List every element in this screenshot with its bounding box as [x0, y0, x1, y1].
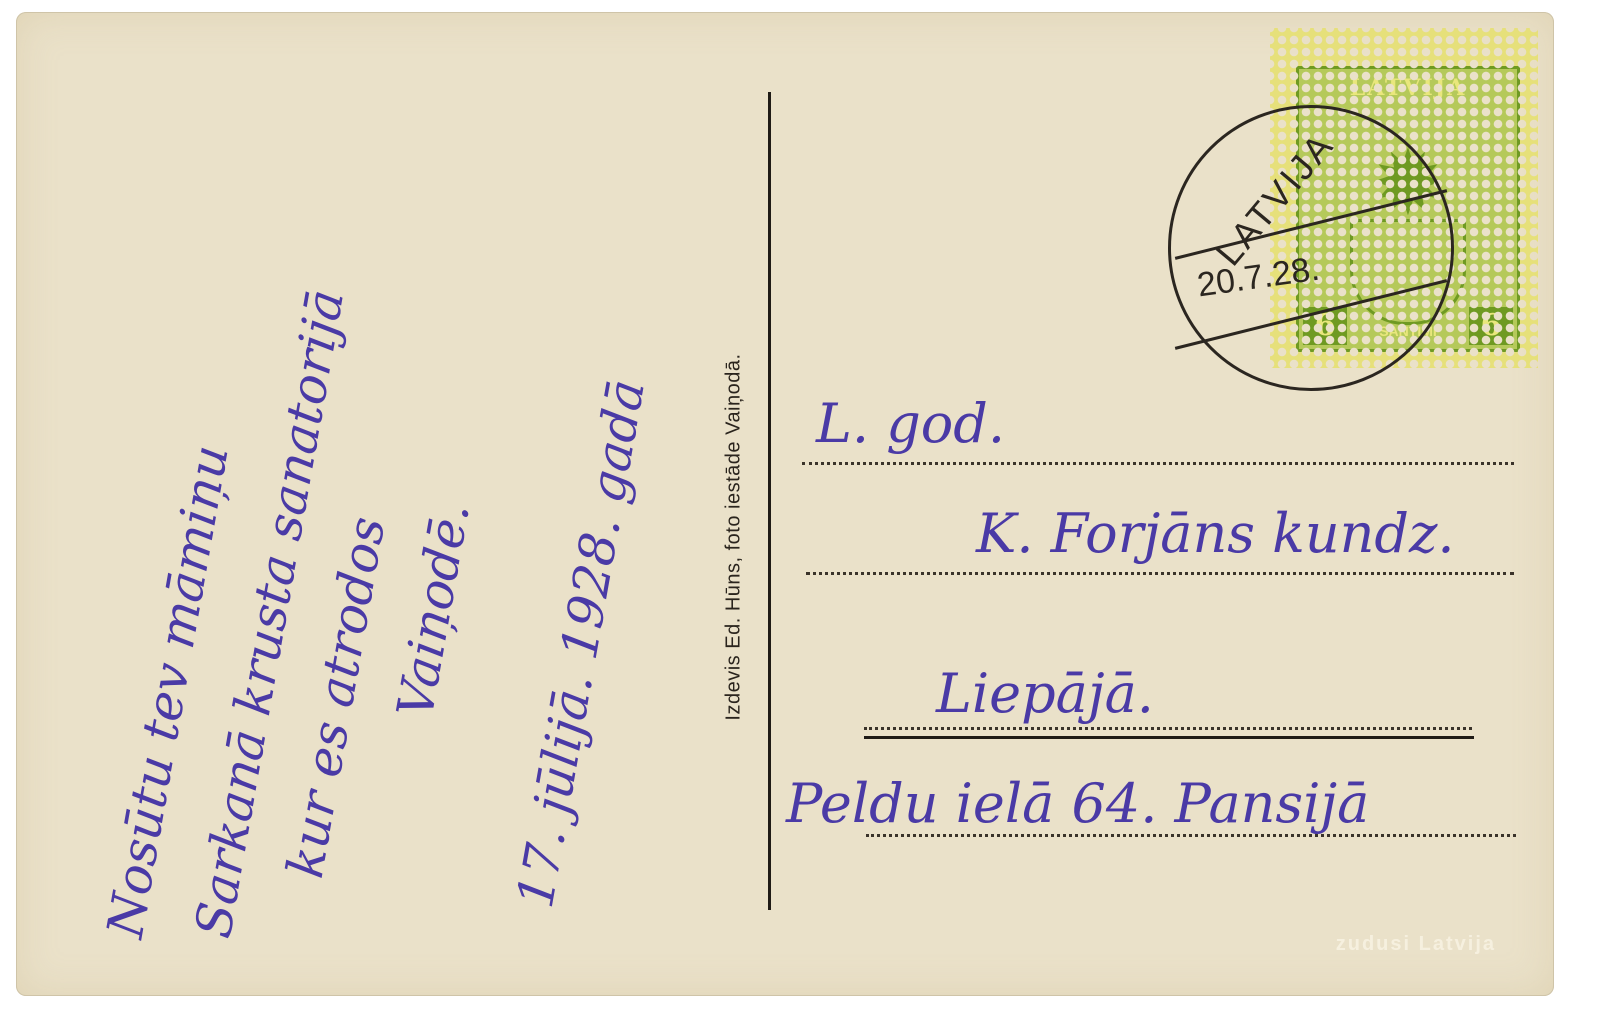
address-line-3: Liepājā.: [936, 662, 1154, 725]
address-line-1: L. god.: [816, 392, 1005, 455]
address-dotted-line-1: [802, 462, 1514, 465]
publisher-imprint: Izdevis Ed. Hūns, foto iestāde Vaiņodā.: [723, 353, 746, 720]
address-dotted-line-3: [864, 727, 1472, 730]
address-line-2: K. Forjāns kundz.: [976, 502, 1455, 565]
stamp-country: LATVIJA: [1299, 75, 1517, 101]
address-line-4: Peldu ielā 64. Pansijā: [786, 772, 1369, 835]
address-dotted-line-4: [866, 834, 1516, 837]
postmark-date: 20.7.28.: [1195, 250, 1322, 306]
address-dotted-line-2: [806, 572, 1514, 575]
center-divider: [768, 92, 771, 910]
postmark-cancellation: LATVIJA 20.7.28.: [1168, 105, 1454, 391]
postmark-city: LATVIJA: [1208, 124, 1343, 274]
message-line-5: 17. jūlijā. 1928. gadā: [506, 375, 656, 912]
watermark: zudusi Latvija: [1336, 933, 1496, 956]
stamp-value-right: 6: [1469, 307, 1513, 345]
address-underline: [864, 736, 1474, 739]
message-line-4: Vaiņodē.: [386, 498, 481, 722]
